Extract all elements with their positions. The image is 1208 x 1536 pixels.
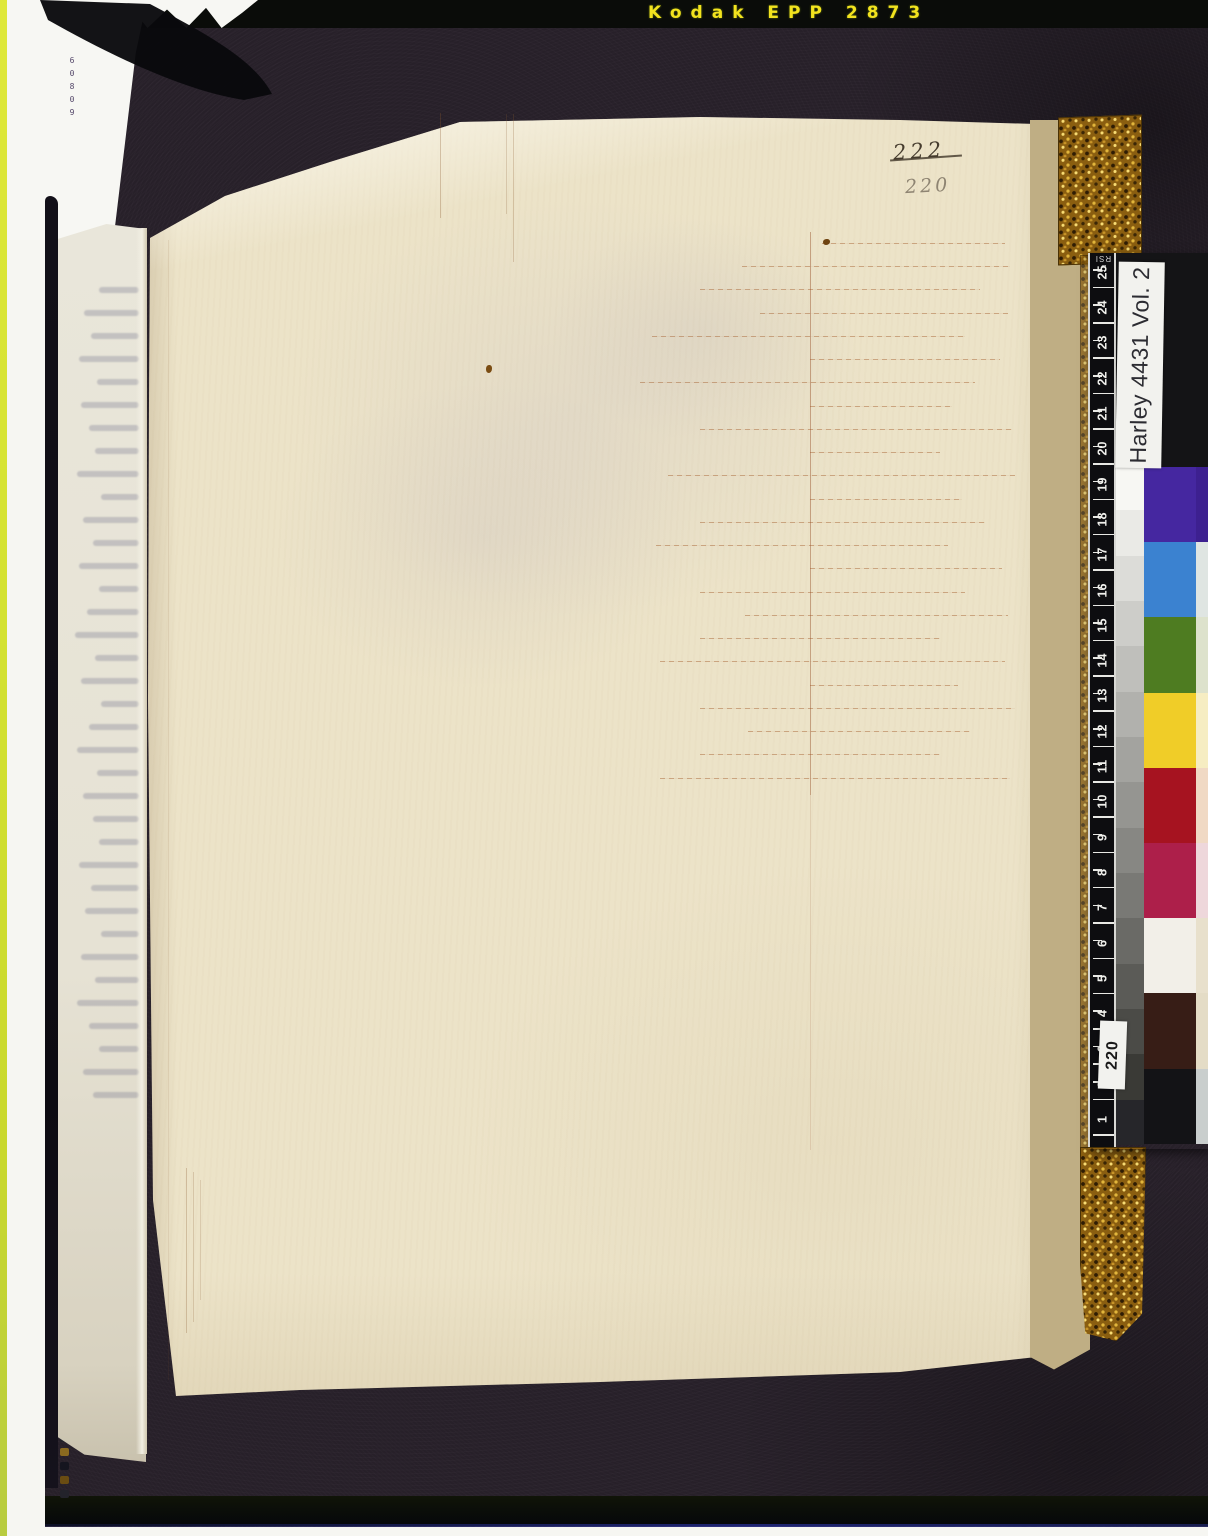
ruler-tick [1093, 357, 1114, 359]
color-patch-right [1196, 1069, 1208, 1144]
grayscale-step [1116, 964, 1144, 1009]
color-patch [1144, 1069, 1196, 1144]
showthrough-line [99, 1046, 139, 1052]
page-crease [506, 114, 507, 214]
ruler-tick [1093, 640, 1114, 642]
showthrough-line [91, 885, 139, 891]
showthrough-line [81, 678, 139, 684]
showthrough-line [93, 540, 139, 546]
ruler-number: 15 [1092, 614, 1113, 636]
showthrough-line [85, 908, 139, 914]
page-crease [186, 1168, 187, 1333]
ruler-tick [1093, 1134, 1114, 1136]
page-crease [168, 240, 169, 1380]
ruler-number: 7 [1092, 897, 1113, 919]
ruled-line [700, 289, 980, 290]
showthrough-text [58, 270, 139, 1098]
ruled-line [700, 708, 1015, 709]
ruler-tick [1093, 675, 1114, 677]
showthrough-line [83, 517, 139, 523]
color-patch-right [1196, 693, 1208, 768]
showthrough-line [83, 793, 139, 799]
color-patch-right [1196, 918, 1208, 993]
showthrough-line [81, 954, 139, 960]
ruler-number: 23 [1092, 332, 1113, 354]
showthrough-line [81, 402, 139, 408]
ruler-number: 21 [1092, 403, 1113, 425]
ruler-tick [1093, 499, 1114, 501]
ruled-line [810, 452, 940, 453]
ruler-tick [1093, 781, 1114, 783]
ruler-tick [1093, 746, 1114, 748]
edge-dot [60, 1476, 69, 1484]
ruler-number: 13 [1092, 685, 1113, 707]
color-patch-right [1196, 843, 1208, 918]
film-edge-characters: 60809 [64, 54, 80, 119]
ruler-number: 18 [1092, 508, 1113, 530]
grayscale-step [1116, 782, 1144, 827]
grayscale-step [1116, 737, 1144, 782]
grayscale-step [1116, 601, 1144, 646]
gilt-edge-top [1058, 115, 1142, 266]
ruler-tick [1093, 534, 1114, 536]
ruler-number: 10 [1092, 791, 1113, 813]
folio-label: 220 [1098, 1021, 1127, 1090]
edge-character: 9 [64, 106, 80, 119]
ruler-number: 17 [1092, 544, 1113, 566]
ruler-number: 9 [1092, 826, 1113, 848]
showthrough-line [77, 747, 139, 753]
color-patch-right [1196, 542, 1208, 617]
ruled-line [700, 754, 940, 755]
photograph-frame: Kodak EPP 2873 60809 222 220 D RSI 12345… [0, 0, 1208, 1536]
showthrough-line [95, 448, 139, 454]
showthrough-line [79, 356, 139, 362]
showthrough-line [91, 333, 139, 339]
film-rebate-bottom [45, 1496, 1208, 1526]
edge-character: 0 [64, 93, 80, 106]
ruled-line [652, 336, 965, 337]
showthrough-line [93, 816, 139, 822]
edge-dot [60, 1462, 69, 1470]
ruler-number: 19 [1092, 473, 1113, 495]
ruler-tick [1093, 710, 1114, 712]
film-edge-line [0, 0, 7, 1536]
showthrough-line [101, 494, 139, 500]
ruler-number: 16 [1092, 579, 1113, 601]
color-patch [1144, 617, 1196, 692]
ruler-tick [1093, 287, 1114, 289]
showthrough-line [77, 471, 139, 477]
ruled-line [700, 638, 940, 639]
ruler-tick [1093, 958, 1114, 960]
ruler: D RSI 1234567891011121314151617181920212… [1088, 253, 1116, 1147]
ruled-line [810, 406, 952, 407]
edge-character: 0 [64, 67, 80, 80]
ruler-number: 5 [1092, 967, 1113, 989]
showthrough-line [99, 287, 139, 293]
ruler-number: 6 [1092, 932, 1113, 954]
color-patch [1144, 768, 1196, 843]
page-crease [200, 1180, 201, 1300]
folio-label-text: 220 [1103, 1040, 1122, 1070]
ruler-number: 24 [1092, 297, 1113, 319]
ruler-number: 11 [1092, 756, 1113, 778]
grayscale-step [1116, 828, 1144, 873]
color-patch [1144, 693, 1196, 768]
showthrough-line [89, 1023, 139, 1029]
ruled-line [700, 592, 965, 593]
edge-dot [60, 1490, 69, 1498]
showthrough-line [97, 379, 139, 385]
color-patches [1144, 467, 1196, 1144]
showthrough-line [101, 701, 139, 707]
grayscale-step [1116, 556, 1144, 601]
showthrough-line [89, 425, 139, 431]
showthrough-line [93, 1092, 139, 1098]
ruler-number: 20 [1092, 438, 1113, 460]
page-crease [193, 1172, 194, 1322]
showthrough-line [77, 1000, 139, 1006]
page-crease [440, 113, 441, 218]
showthrough-line [99, 839, 139, 845]
grayscale-step [1116, 918, 1144, 963]
ruled-line [810, 499, 962, 500]
ruled-line [822, 243, 1005, 244]
showthrough-line [75, 632, 139, 638]
ruler-tick [1093, 816, 1114, 818]
ruled-line [742, 266, 1010, 267]
ruled-line [760, 313, 1008, 314]
grayscale-step [1116, 873, 1144, 918]
ruler-tick [1093, 393, 1114, 395]
ruler-number: 8 [1092, 861, 1113, 883]
color-patch [1144, 993, 1196, 1068]
color-patch [1144, 467, 1196, 542]
film-stock-label: Kodak EPP 2873 [648, 3, 929, 23]
showthrough-line [87, 609, 139, 615]
grayscale-step [1116, 692, 1144, 737]
color-patches-right [1196, 467, 1208, 1144]
showthrough-line [97, 770, 139, 776]
page-crease [513, 114, 514, 262]
ruler-tick [1093, 569, 1114, 571]
folio-number: 220 [904, 174, 950, 198]
ruler-tick [1093, 1099, 1114, 1101]
ruled-line [810, 568, 1002, 569]
ruled-line [668, 475, 1015, 476]
shelfmark-text: Harley 4431 Vol. 2 [1125, 266, 1155, 463]
ruled-line [660, 778, 1010, 779]
page-fold-highlight [136, 228, 147, 1454]
color-patch-right [1196, 993, 1208, 1068]
ruler-tick [1093, 852, 1114, 854]
color-patch [1144, 918, 1196, 993]
color-patch [1144, 843, 1196, 918]
color-patch-right [1196, 617, 1208, 692]
ruled-vertical-line-faint [810, 795, 811, 1150]
ruler-tick [1093, 922, 1114, 924]
grayscale-step [1116, 465, 1144, 510]
showthrough-line [95, 977, 139, 983]
ruler-tick [1093, 322, 1114, 324]
ruled-line [810, 359, 1000, 360]
ruler-number: 12 [1092, 720, 1113, 742]
color-patch-right [1196, 768, 1208, 843]
ruler-number: 1 [1092, 1109, 1113, 1131]
grayscale-step [1116, 510, 1144, 555]
ruler-tick [1093, 463, 1114, 465]
showthrough-line [95, 655, 139, 661]
color-scale-bar: D RSI 1234567891011121314151617181920212… [1088, 253, 1208, 1149]
showthrough-line [83, 1069, 139, 1075]
showthrough-line [84, 310, 139, 316]
ruled-line [660, 661, 1005, 662]
ruled-line [700, 522, 985, 523]
edge-character: 8 [64, 80, 80, 93]
ruled-line [748, 731, 970, 732]
ruler-tick [1093, 428, 1114, 430]
ruler-number: 25 [1092, 261, 1113, 283]
ruled-line [810, 685, 958, 686]
ruled-line [745, 615, 1008, 616]
grayscale-step [1116, 646, 1144, 691]
color-patch [1144, 542, 1196, 617]
edge-dot [60, 1448, 69, 1456]
ruled-line [640, 382, 975, 383]
film-edge-glow [45, 1524, 1208, 1527]
showthrough-line [99, 586, 139, 592]
shelfmark-label: Harley 4431 Vol. 2 [1115, 262, 1165, 469]
ruled-line [700, 429, 1012, 430]
binding-shadow [45, 196, 58, 1488]
ruled-line [656, 545, 948, 546]
showthrough-line [101, 931, 139, 937]
ruler-tick [1093, 887, 1114, 889]
color-patch-right [1196, 467, 1208, 542]
gilt-edge-bottom [1080, 1147, 1146, 1341]
showthrough-line [89, 724, 139, 730]
ruler-number: 14 [1092, 650, 1113, 672]
manuscript-page [145, 110, 1060, 1402]
ruler-tick [1093, 993, 1114, 995]
edge-character: 6 [64, 54, 80, 67]
ruler-number: 22 [1092, 367, 1113, 389]
grayscale-step [1116, 1100, 1144, 1145]
ruled-vertical-line [810, 232, 811, 795]
ruler-tick [1093, 605, 1114, 607]
facing-page-edge [58, 224, 146, 1462]
showthrough-line [79, 563, 139, 569]
showthrough-line [79, 862, 139, 868]
